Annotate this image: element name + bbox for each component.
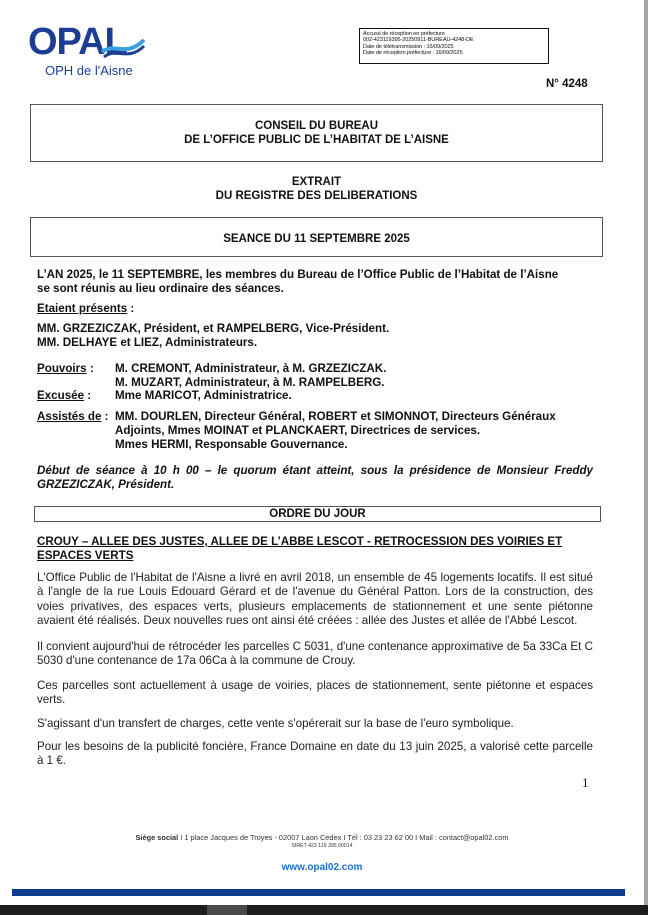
logo-swoosh-icon <box>100 32 146 60</box>
proxies-label: Pouvoirs : <box>37 362 94 376</box>
document-number: N° 4248 <box>546 78 588 90</box>
session-start-line1: Début de séance à 10 h 00 – le quorum ét… <box>37 464 593 478</box>
present-heading: Etaient présents : <box>37 302 134 316</box>
session-title: SEANCE DU 11 SEPTEMBRE 2025 <box>223 233 410 245</box>
agenda-title: ORDRE DU JOUR <box>269 508 365 520</box>
agenda-item-title: CROUY – ALLEE DES JUSTES, ALLEE DE L’ABB… <box>37 535 593 562</box>
footer-siret: SIRET 423 119 395 00014 <box>0 843 644 849</box>
item-paragraph: Il convient aujourd'hui de rétrocéder le… <box>37 640 593 669</box>
footer-address-text: I 1 place Jacques de Troyes - 02007 Laon… <box>178 833 508 842</box>
extract-title: EXTRAIT DU REGISTRE DES DELIBERATIONS <box>30 175 603 203</box>
session-start-paragraph: Début de séance à 10 h 00 – le quorum ét… <box>37 464 593 491</box>
intro-line1: L’AN 2025, le 11 SEPTEMBRE, les membres … <box>37 268 593 282</box>
excused-label: Excusée : <box>37 389 91 403</box>
viewer-bottom-scrollbar[interactable] <box>0 905 648 915</box>
assisted-line: Adjoints, Mmes MOINAT et PLANCKAERT, Dir… <box>115 424 480 438</box>
present-line: MM. DELHAYE et LIEZ, Administrateurs. <box>37 336 257 350</box>
footer-address: Siège social I 1 place Jacques de Troyes… <box>0 833 644 842</box>
agenda-title-box: ORDRE DU JOUR <box>34 506 601 522</box>
stamp-line: Date de réception préfecture : 16/09/202… <box>363 50 545 56</box>
council-title-line1: CONSEIL DU BUREAU <box>31 119 602 133</box>
opal-logo: OPAL OPH de l'Aisne <box>28 26 148 82</box>
council-title-box: CONSEIL DU BUREAU DE L’OFFICE PUBLIC DE … <box>30 104 603 162</box>
footer-website-link[interactable]: www.opal02.com <box>0 862 644 873</box>
assisted-line: Mmes HERMI, Responsable Gouvernance. <box>115 438 348 452</box>
logo-subtitle: OPH de l'Aisne <box>45 63 133 78</box>
extract-line2: DU REGISTRE DES DELIBERATIONS <box>30 189 603 203</box>
viewer-right-edge <box>644 0 648 905</box>
excused-line: Mme MARICOT, Administratrice. <box>115 389 292 403</box>
scrollbar-thumb[interactable] <box>207 905 247 915</box>
proxy-line: M. CREMONT, Administrateur, à M. GRZEZIC… <box>115 362 386 376</box>
session-box: SEANCE DU 11 SEPTEMBRE 2025 <box>30 217 603 257</box>
assisted-label: Assistés de : <box>37 410 109 424</box>
assisted-line: MM. DOURLEN, Directeur Général, ROBERT e… <box>115 410 556 424</box>
agenda-item-title-line1: CROUY – ALLEE DES JUSTES, ALLEE DE L’ABB… <box>37 535 593 549</box>
proxy-line: M. MUZART, Administrateur, à M. RAMPELBE… <box>115 376 384 390</box>
intro-paragraph: L’AN 2025, le 11 SEPTEMBRE, les membres … <box>37 268 593 295</box>
item-paragraph: Ces parcelles sont actuellement à usage … <box>37 679 593 708</box>
item-paragraph: S'agissant d'un transfert de charges, ce… <box>37 717 593 731</box>
council-title-line2: DE L’OFFICE PUBLIC DE L’HABITAT DE L’AIS… <box>31 133 602 147</box>
agenda-item-title-line2: ESPACES VERTS <box>37 549 593 563</box>
document-page: OPAL OPH de l'Aisne Accusé de réception … <box>0 0 644 905</box>
page-number: 1 <box>582 775 589 791</box>
present-line: MM. GRZEZICZAK, Président, et RAMPELBERG… <box>37 322 389 336</box>
intro-line2: se sont réunis au lieu ordinaire des séa… <box>37 282 593 296</box>
footer-divider-bar <box>12 889 625 896</box>
prefecture-receipt-stamp: Accusé de réception en préfecture 002-42… <box>359 28 549 64</box>
item-paragraph: Pour les besoins de la publicité foncièr… <box>37 740 593 769</box>
session-start-line2: GRZEZICZAK, Président. <box>37 478 593 492</box>
item-paragraph: L'Office Public de l'Habitat de l'Aisne … <box>37 571 593 629</box>
footer-seat-label: Siège social <box>135 833 178 842</box>
extract-line1: EXTRAIT <box>30 175 603 189</box>
